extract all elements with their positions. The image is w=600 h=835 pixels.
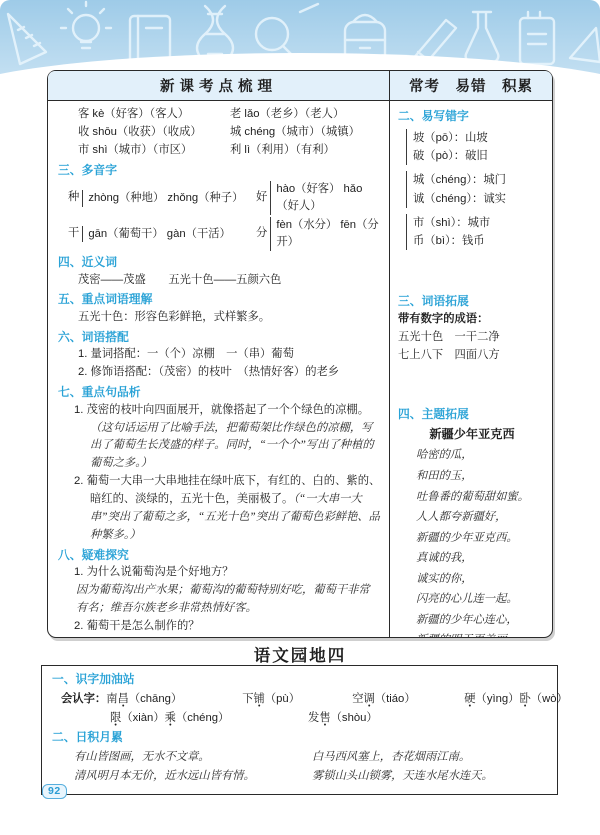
word-row: 客 kè（好客）（客人） 老 lǎo（老乡）（老人）: [58, 106, 381, 124]
section-word-expansion: 三、词语拓展: [398, 292, 546, 311]
section-key-words: 五、重点词语理解: [58, 290, 381, 309]
poem-line: 新疆的少年心连心，: [398, 610, 546, 631]
poem-title: 新疆少年亚克西: [398, 425, 546, 444]
section-collocations: 六、词语搭配: [58, 328, 381, 347]
idiom-line: 五光十色 一干二净: [398, 329, 546, 347]
item-number: 2.: [74, 620, 83, 632]
poem-line: 新疆的少年亚克西。: [398, 528, 546, 549]
recognize-word: 限（xiàn）乘（chéng）: [110, 709, 308, 727]
polyphone-option: fèn（水分）: [276, 219, 337, 231]
polyphone-options: gān（葡萄干） gàn（干活）: [82, 226, 231, 243]
polyphone-options: fèn（水分） fēn（分开）: [270, 217, 381, 251]
miswritten-entry: 破（pò）：破旧: [413, 147, 546, 165]
word-entry: 市 shì（城市）（市区）: [78, 142, 230, 160]
section-miswritten-chars: 二、易写错字: [398, 107, 546, 126]
key-word-explanation: 五光十色：形容色彩鲜艳，式样繁多。: [58, 309, 381, 327]
couplet: 雾锁山头山锁雾，天连水尾水连天。: [312, 767, 493, 785]
recognize-word: 硬（yìng）卧（wò）: [464, 690, 568, 708]
miswritten-pair: 城（chéng）：城门 诚（chéng）：诚实: [406, 171, 546, 208]
word-row: 市 shì（城市）（市区） 利 lì（利用）（有利）: [58, 142, 381, 160]
word-entry: 老 lǎo（老乡）（老人）: [230, 106, 344, 124]
polyphone-entry: 分 fèn（水分） fēn（分开）: [256, 217, 381, 251]
polyphone-entry: 干 gān（葡萄干） gàn（干活）: [68, 217, 256, 251]
miswritten-entry: 城（chéng）：城门: [413, 171, 546, 189]
polyphone-option: gàn（干活）: [167, 228, 231, 240]
left-column: 客 kè（好客）（客人） 老 lǎo（老乡）（老人） 收 shōu（收获）（收成…: [48, 101, 390, 637]
word-entry: 利 lì（利用）（有利）: [230, 142, 335, 160]
polyphone-option: hào（好客）: [276, 183, 340, 195]
polyphone-options: zhòng（种地） zhǒng（种子）: [82, 190, 243, 207]
word-row: 收 shōu（收获）（收成） 城 chéng（城市）（城镇）: [58, 124, 381, 142]
miswritten-entry: 诚（chéng）：诚实: [413, 190, 546, 208]
poem-line: 吐鲁番的葡萄甜如蜜。: [398, 487, 546, 508]
couplet: 白马西风塞上，杏花烟雨江南。: [312, 748, 470, 766]
item-number: 1.: [74, 404, 83, 416]
word-entry: 城 chéng（城市）（城镇）: [230, 124, 360, 142]
item-number: 1.: [74, 566, 83, 578]
collocation-item: 1. 量词搭配：一（个）凉棚 一（串）葡萄: [58, 346, 381, 364]
polyphone-char: 好: [256, 189, 267, 207]
section-questions: 八、疑难探究: [58, 546, 381, 565]
section-synonyms: 四、近义词: [58, 253, 381, 272]
recognize-label: 会认字：: [61, 690, 106, 708]
question-item: 2. 葡萄干是怎么制作的？: [58, 618, 381, 636]
question-item: 1. 为什么说葡萄沟是个好地方？: [58, 564, 381, 582]
miswritten-pair: 市（shì）：城市 币（bì）：钱币: [406, 214, 546, 251]
recognize-word: 空调（tiáo）: [352, 690, 464, 708]
polyphone-row: 干 gān（葡萄干） gàn（干活） 分 fèn（水分） fēn（分开）: [68, 217, 381, 251]
question-text: 为什么说葡萄沟是个好地方？: [87, 566, 234, 578]
section-daily-accumulation: 二、日积月累: [52, 728, 547, 747]
idiom-line: 七上八下 四面八方: [398, 347, 546, 365]
poem-line: 人人都夸新疆好，: [398, 507, 546, 528]
section-polyphones: 三、多音字: [58, 161, 381, 180]
idiom-category-label: 带有数字的成语：: [398, 311, 546, 329]
couplet: 有山皆图画，无水不文章。: [74, 748, 312, 766]
couplet-row: 清风明月本无价，近水远山皆有情。 雾锁山头山锁雾，天连水尾水连天。: [52, 767, 547, 785]
garden-box: 一、识字加油站 会认字： 南昌（chāng） 下铺（pù） 空调（tiáo） 硬…: [41, 665, 558, 795]
collocation-item: 2. 修饰语搭配：（茂密）的枝叶 （热情好客）的老乡: [58, 364, 381, 382]
key-sentence-item: 2. 葡萄一大串一大串地挂在绿叶底下，有红的、白的、紫的、暗红的、淡绿的，五光十…: [58, 473, 381, 544]
miswritten-pair: 坡（pō）：山坡 破（pò）：破旧: [406, 129, 546, 166]
poem-line: 真诚的我，: [398, 548, 546, 569]
table-body: 客 kè（好客）（客人） 老 lǎo（老乡）（老人） 收 shōu（收获）（收成…: [48, 101, 552, 637]
polyphone-option: zhǒng（种子）: [167, 192, 243, 204]
polyphone-char: 干: [68, 225, 79, 243]
workbook-page: 新课考点梳理 常考 易错 积累 客 kè（好客）（客人） 老 lǎo（老乡）（老…: [0, 0, 600, 835]
poem-line: 诚实的你，: [398, 569, 546, 590]
section-key-sentences: 七、重点句品析: [58, 383, 381, 402]
right-column: 二、易写错字 坡（pō）：山坡 破（pò）：破旧 城（chéng）：城门 诚（c…: [390, 101, 552, 637]
item-number: 2.: [74, 475, 83, 487]
polyphone-option: zhòng（种地）: [88, 192, 164, 204]
answer-text: 因为葡萄沟出产水果；葡萄沟的葡萄特别好吃，葡萄干非常有名；维吾尔族老乡非常热情好…: [58, 582, 381, 618]
recognize-row: 会认字： 南昌（chāng） 下铺（pù） 空调（tiáo） 硬（yìng）卧（…: [52, 690, 547, 708]
question-text: 葡萄干是怎么制作的？: [87, 620, 200, 632]
header-common-error-accumulate: 常考 易错 积累: [390, 71, 552, 100]
polyphone-option: gān（葡萄干）: [88, 228, 163, 240]
miswritten-entry: 坡（pō）：山坡: [413, 129, 546, 147]
answer-text: 把收下来的葡萄运到晾房里，挂在架子上，利用流动的热空气，让水分蒸发掉，就成了葡萄…: [58, 636, 381, 637]
sentence-text: 茂密的枝叶向四面展开，就像搭起了一个个绿色的凉棚。: [87, 404, 369, 416]
polyphone-row: 种 zhòng（种地） zhǒng（种子） 好 hào（好客） hǎo（好人）: [68, 181, 381, 215]
miswritten-entry: 市（shì）：城市: [413, 214, 546, 232]
polyphone-entry: 好 hào（好客） hǎo（好人）: [256, 181, 381, 215]
recognize-word: 下铺（pù）: [242, 690, 352, 708]
key-sentence-item: 1. 茂密的枝叶向四面展开，就像搭起了一个个绿色的凉棚。（这句话运用了比喻手法，…: [58, 402, 381, 473]
table-header: 新课考点梳理 常考 易错 积累: [48, 71, 552, 101]
poem-line: 新疆的明天更美丽。: [398, 630, 546, 637]
poem-line: 闪亮的心儿连一起。: [398, 589, 546, 610]
recognize-word: 南昌（chāng）: [106, 690, 242, 708]
poem-line: 和田的玉，: [398, 466, 546, 487]
garden-title: 语文园地四: [0, 642, 600, 666]
polyphone-char: 分: [256, 225, 267, 243]
word-entry: 客 kè（好客）（客人）: [78, 106, 230, 124]
word-entry: 收 shōu（收获）（收成）: [78, 124, 230, 142]
poem-line: 哈密的瓜，: [398, 445, 546, 466]
review-table: 新课考点梳理 常考 易错 积累 客 kè（好客）（客人） 老 lǎo（老乡）（老…: [47, 70, 553, 638]
section-literacy-station: 一、识字加油站: [52, 670, 547, 689]
synonyms-line: 茂密——茂盛 五光十色——五颜六色: [58, 272, 381, 290]
recognize-row: 限（xiàn）乘（chéng） 发售（shòu）: [52, 709, 547, 727]
polyphone-options: hào（好客） hǎo（好人）: [270, 181, 381, 215]
header-new-lesson-points: 新课考点梳理: [48, 71, 390, 100]
couplet-row: 有山皆图画，无水不文章。 白马西风塞上，杏花烟雨江南。: [52, 748, 547, 766]
couplet: 清风明月本无价，近水远山皆有情。: [74, 767, 312, 785]
section-theme-expansion: 四、主题拓展: [398, 405, 546, 424]
miswritten-entry: 币（bì）：钱币: [413, 232, 546, 250]
polyphone-entry: 种 zhòng（种地） zhǒng（种子）: [68, 181, 256, 215]
polyphone-char: 种: [68, 189, 79, 207]
sentence-analysis: （这句话运用了比喻手法，把葡萄架比作绿色的凉棚，写出了葡萄生长茂盛的样子。同时，…: [90, 422, 374, 470]
page-number-badge: 92: [42, 784, 67, 799]
